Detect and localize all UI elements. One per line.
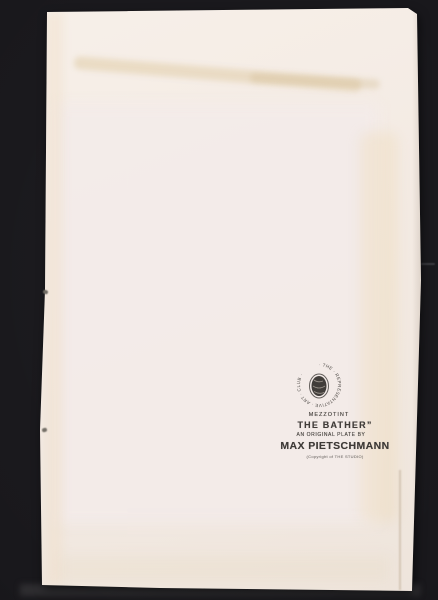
sheet-edge-curl-line (399, 470, 401, 590)
publisher-mark-block: · THE · REPRESENTATIVE · ART · CLUB · ME… (276, 359, 394, 459)
sheet-right-edge-shading (412, 8, 422, 591)
publisher-stamp-icon: · THE · REPRESENTATIVE · ART · CLUB · (293, 359, 345, 411)
artwork-title-label: THE BATHER” (276, 420, 394, 430)
stain-band-bottom (60, 556, 390, 582)
print-sheet: · THE · REPRESENTATIVE · ART · CLUB · ME… (0, 0, 438, 600)
plate-credit-label: AN ORIGINAL PLATE BY (272, 432, 390, 438)
photo-of-print-verso: · THE · REPRESENTATIVE · ART · CLUB · ME… (0, 0, 438, 600)
stain-band-top (73, 56, 361, 92)
stain-strip-left-edge (46, 12, 63, 584)
copyright-label: (Copyright of THE STUDIO) (276, 454, 394, 459)
plate-impression-show-through (56, 104, 378, 524)
print-sheet-wrapper: · THE · REPRESENTATIVE · ART · CLUB · ME… (0, 0, 438, 600)
artist-name-label: MAX PIETSCHMANN (276, 440, 394, 452)
medium-label: MEZZOTINT (270, 412, 388, 418)
stain-band-right (360, 132, 398, 522)
